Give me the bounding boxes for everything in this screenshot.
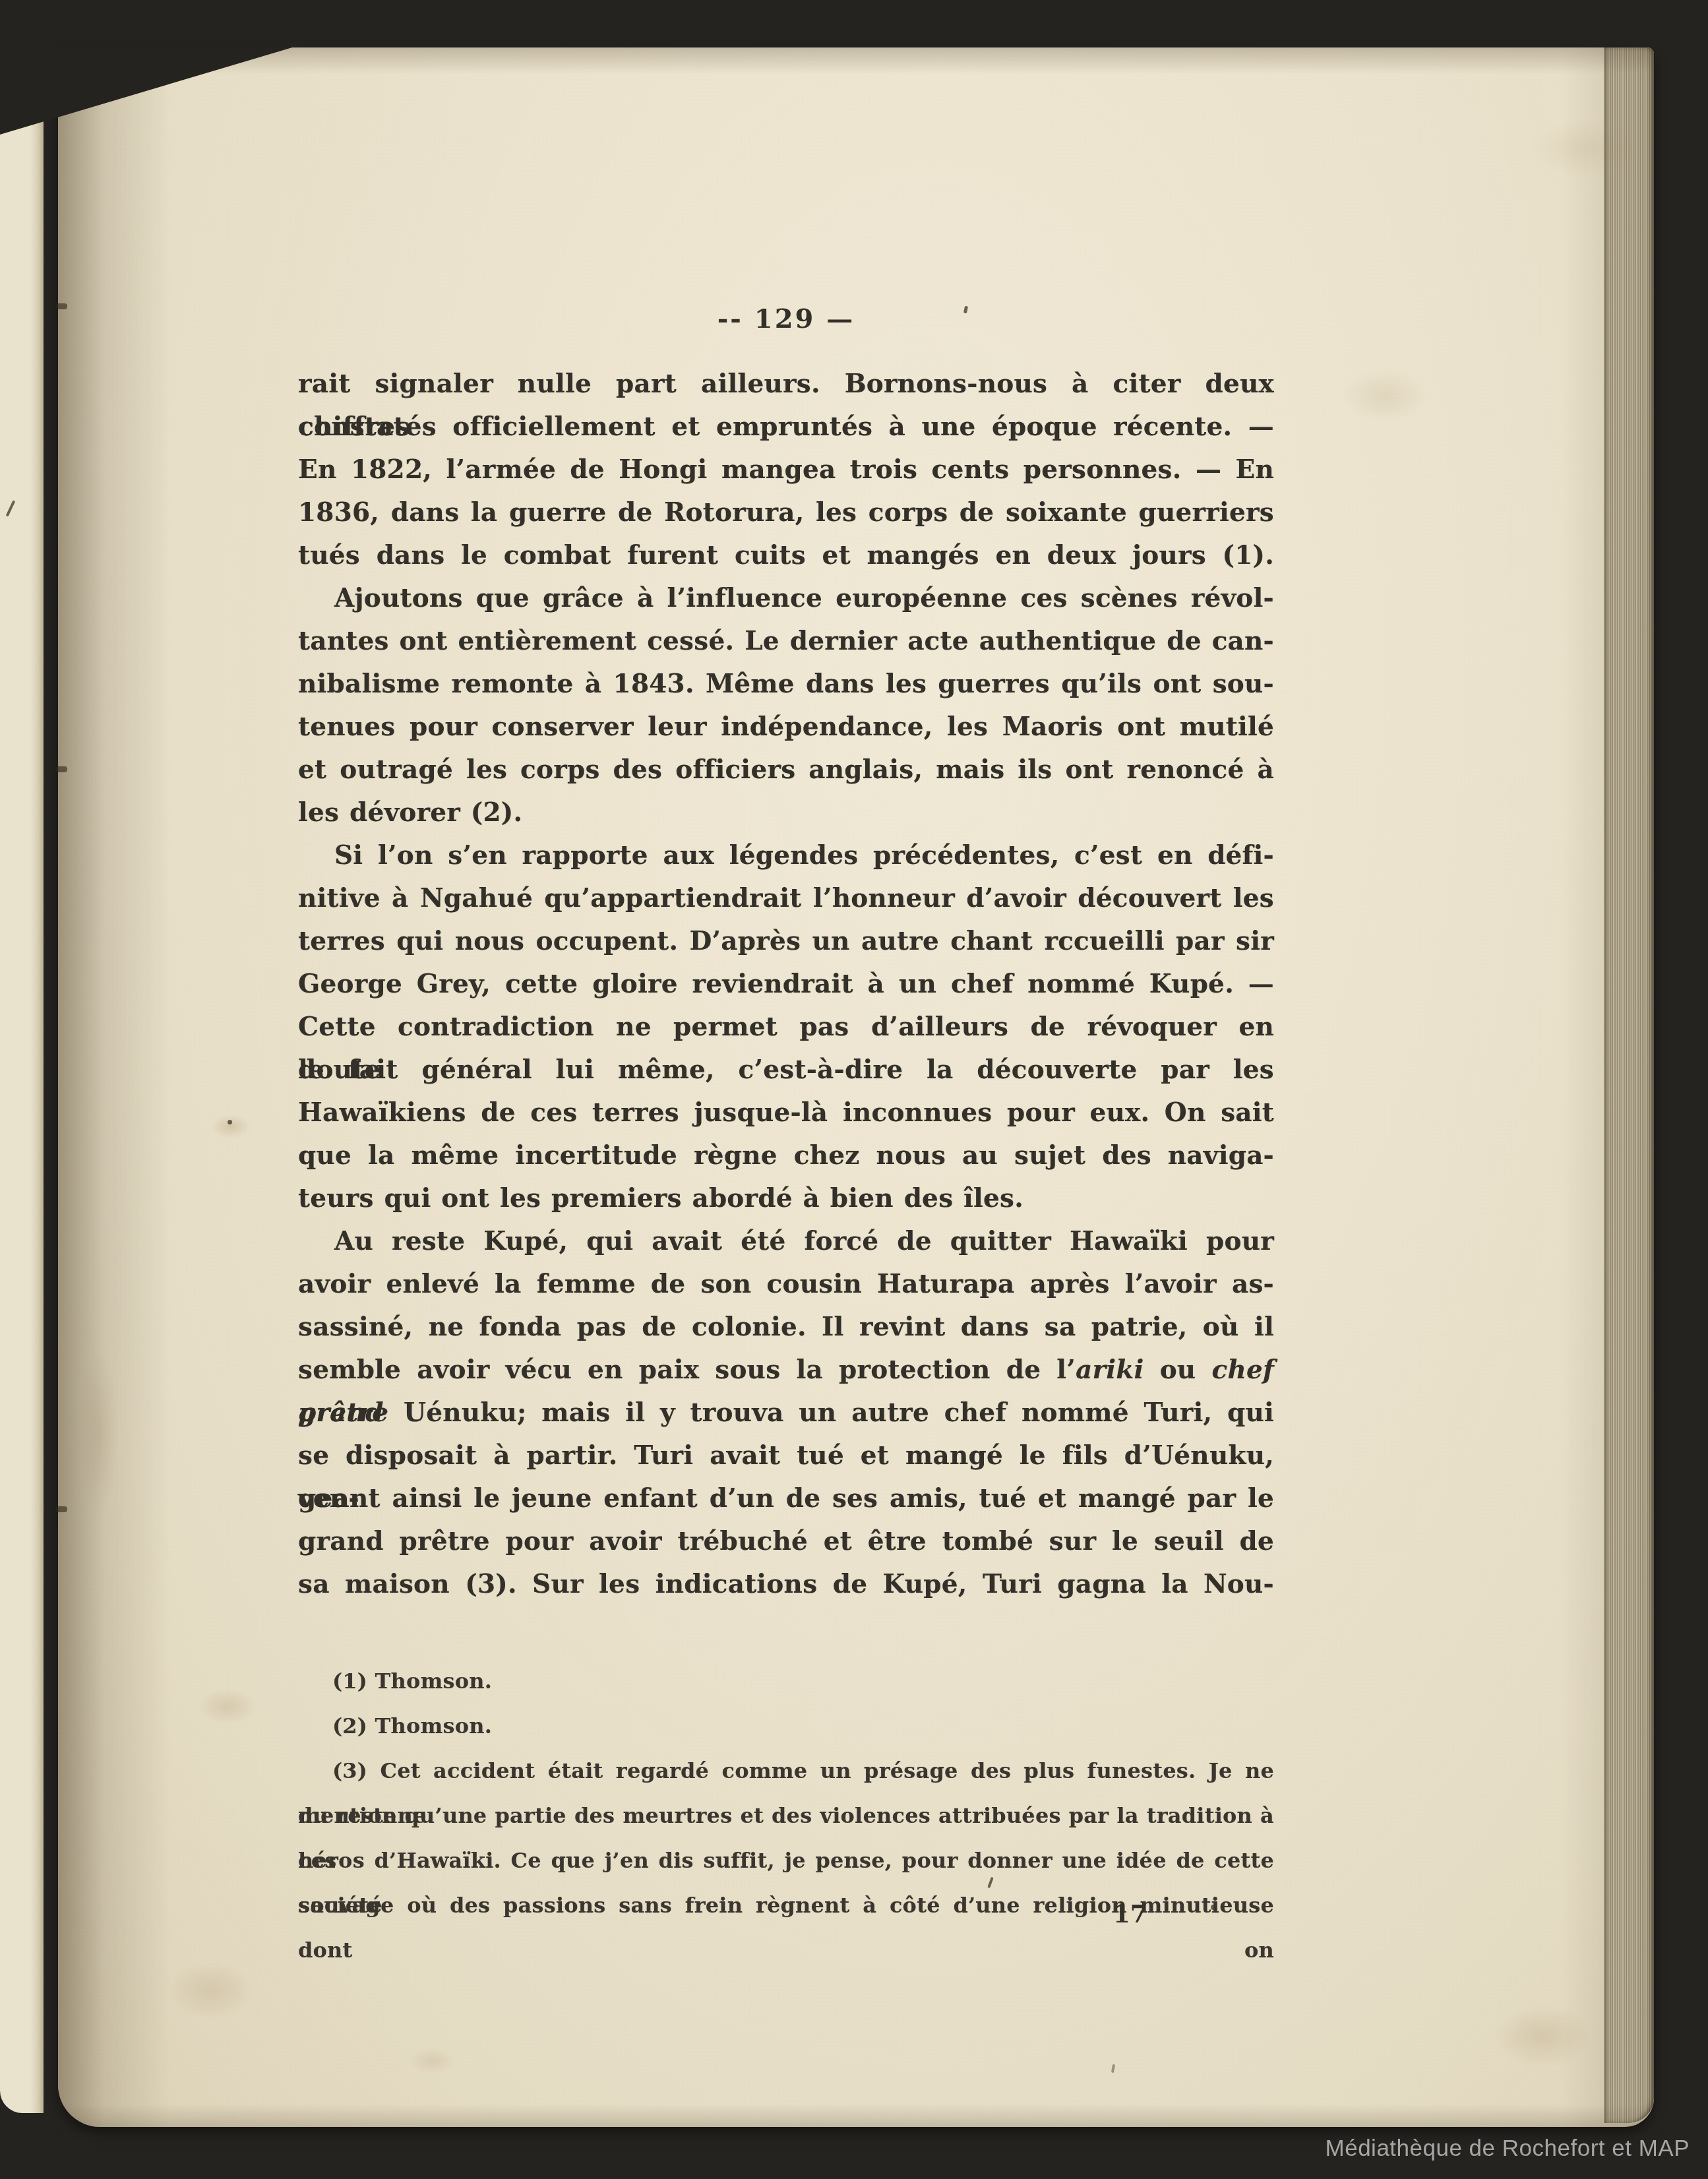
text-run: Au reste Kupé, qui avait été forcé de qu… (334, 1226, 1274, 1256)
text-line: les dévorer (2). (298, 791, 1274, 834)
text-run: tenues pour conserver leur indépendance,… (298, 712, 1274, 742)
ink-speck (228, 1120, 232, 1124)
stain (1494, 2005, 1593, 2068)
text-run: En 1822, l’armée de Hongi mangea trois c… (298, 454, 1274, 485)
text-run: nibalisme remonte à 1843. Même dans les … (298, 669, 1274, 699)
text-run: grand prêtre pour avoir trébuché et être… (298, 1526, 1274, 1556)
text-line: (2) Thomson. (298, 1703, 1274, 1748)
library-watermark: Médiathèque de Rochefort et MAP (1326, 2135, 1690, 2162)
text-line: George Grey, cette gloire reviendrait à … (298, 963, 1274, 1006)
text-line: geant ainsi le jeune enfant d’un de ses … (298, 1477, 1274, 1520)
text-run: les dévorer (2). (298, 797, 522, 828)
text-line: le fait général lui même, c’est-à-dire l… (298, 1049, 1274, 1091)
text-run: sa maison (3). Sur les indications de Ku… (298, 1569, 1274, 1599)
text-line: constatés officiellement et empruntés à … (298, 406, 1274, 448)
text-run: Uénuku; mais il y trouva un autre chef n… (388, 1397, 1274, 1428)
text-run: et outragé les corps des officiers angla… (298, 754, 1274, 785)
gutter-nick (55, 1506, 67, 1512)
stain (409, 2048, 455, 2074)
text-line: avoir enlevé la femme de son cousin Hatu… (298, 1263, 1274, 1306)
stain (168, 1962, 254, 2018)
text-run: Si l’on s’en rapporte aux légendes précé… (334, 840, 1274, 871)
text-run: que la même incertitude règne chez nous … (298, 1140, 1274, 1171)
text-run: teurs qui ont les premiers abordé à bien… (298, 1183, 1023, 1213)
text-line: Si l’on s’en rapporte aux légendes précé… (298, 834, 1274, 877)
text-line: Au reste Kupé, qui avait été forcé de qu… (298, 1220, 1274, 1263)
text-run: terres qui nous occupent. D’après un aut… (298, 926, 1274, 956)
stain (211, 1115, 251, 1138)
text-run: avoir enlevé la femme de son cousin Hatu… (298, 1269, 1274, 1299)
text-run: Ajoutons que grâce à l’influence europée… (334, 583, 1274, 613)
text-line: tantes ont entièrement cessé. Le dernier… (298, 620, 1274, 663)
text-run: Hawaïkiens de ces terres jusque-là incon… (298, 1097, 1274, 1128)
text-line: (3) Cet accident était regardé comme un … (298, 1748, 1274, 1793)
text-line: 1836, dans la guerre de Rotorura, les co… (298, 491, 1274, 534)
body-text: rait signaler nulle part ailleurs. Borno… (298, 363, 1274, 1606)
footnotes: (1) Thomson.(2) Thomson.(3) Cet accident… (298, 1659, 1274, 1928)
text-line: teurs qui ont les premiers abordé à bien… (298, 1177, 1274, 1220)
stain (198, 1688, 257, 1725)
text-line: que la même incertitude règne chez nous … (298, 1134, 1274, 1177)
text-line: sassiné, ne fonda pas de colonie. Il rev… (298, 1306, 1274, 1349)
text-run: 1836, dans la guerre de Rotorura, les co… (298, 497, 1274, 528)
text-line: se disposait à partir. Turi avait tué et… (298, 1434, 1274, 1477)
text-line: Cette contradiction ne permet pas d’aill… (298, 1006, 1274, 1049)
text-run: (2) Thomson. (332, 1713, 492, 1738)
text-run: semble avoir vécu en paix sous la protec… (298, 1355, 1076, 1385)
text-run: le fait général lui même, c’est-à-dire l… (298, 1055, 1274, 1085)
text-run: nitive à Ngahué qu’appartiendrait l’honn… (298, 883, 1274, 913)
ink-speck (1111, 2064, 1115, 2073)
book-page: -- 129 — rait signaler nulle part ailleu… (58, 47, 1654, 2127)
text-line: Ajoutons que grâce à l’influence europée… (298, 577, 1274, 620)
text-run: (1) Thomson. (332, 1669, 492, 1694)
page-fore-edge-stack (1604, 47, 1654, 2123)
text-line: nitive à Ngahué qu’appartiendrait l’honn… (298, 877, 1274, 920)
text-line: (1) Thomson. (298, 1659, 1274, 1703)
italic-run: ariki (1076, 1355, 1144, 1385)
stain (1342, 369, 1428, 422)
text-line: En 1822, l’armée de Hongi mangea trois c… (298, 448, 1274, 491)
text-line: Hawaïkiens de ces terres jusque-là incon… (298, 1091, 1274, 1134)
previous-page-edge (0, 111, 44, 2113)
text-line: prêtre Uénuku; mais il y trouva un autre… (298, 1392, 1274, 1434)
page-number-header: -- 129 — (298, 303, 1274, 334)
stain (79, 1345, 119, 1517)
text-line: et outragé les corps des officiers angla… (298, 749, 1274, 791)
text-line: tenues pour conserver leur indépendance,… (298, 706, 1274, 749)
text-line: tués dans le combat furent cuits et mang… (298, 534, 1274, 577)
gutter-nick (55, 766, 67, 772)
text-run: tués dans le combat furent cuits et mang… (298, 540, 1274, 570)
text-run: geant ainsi le jeune enfant d’un de ses … (298, 1483, 1274, 1514)
text-run: tantes ont entièrement cessé. Le dernier… (298, 626, 1274, 656)
gutter-nick (55, 303, 67, 309)
text-run: George Grey, cette gloire reviendrait à … (298, 969, 1274, 999)
text-line: grand prêtre pour avoir trébuché et être… (298, 1520, 1274, 1563)
text-line: rait signaler nulle part ailleurs. Borno… (298, 363, 1274, 406)
text-line: du reste qu’une partie des meurtres et d… (298, 1793, 1274, 1838)
text-run: constatés officiellement et empruntés à … (298, 412, 1274, 442)
text-run: ou (1144, 1355, 1212, 1385)
text-run: sassiné, ne fonda pas de colonie. Il rev… (298, 1312, 1274, 1342)
text-line: semble avoir vécu en paix sous la protec… (298, 1349, 1274, 1392)
text-line: terres qui nous occupent. D’après un aut… (298, 920, 1274, 963)
italic-run: prêtre (298, 1397, 388, 1428)
signature-mark: 17 (1113, 1899, 1147, 1928)
text-line: nibalisme remonte à 1843. Même dans les … (298, 663, 1274, 706)
text-line: héros d’Hawaïki. Ce que j’en dis suffit,… (298, 1838, 1274, 1883)
text-line: sa maison (3). Sur les indications de Ku… (298, 1563, 1274, 1606)
ink-speck (6, 500, 16, 516)
